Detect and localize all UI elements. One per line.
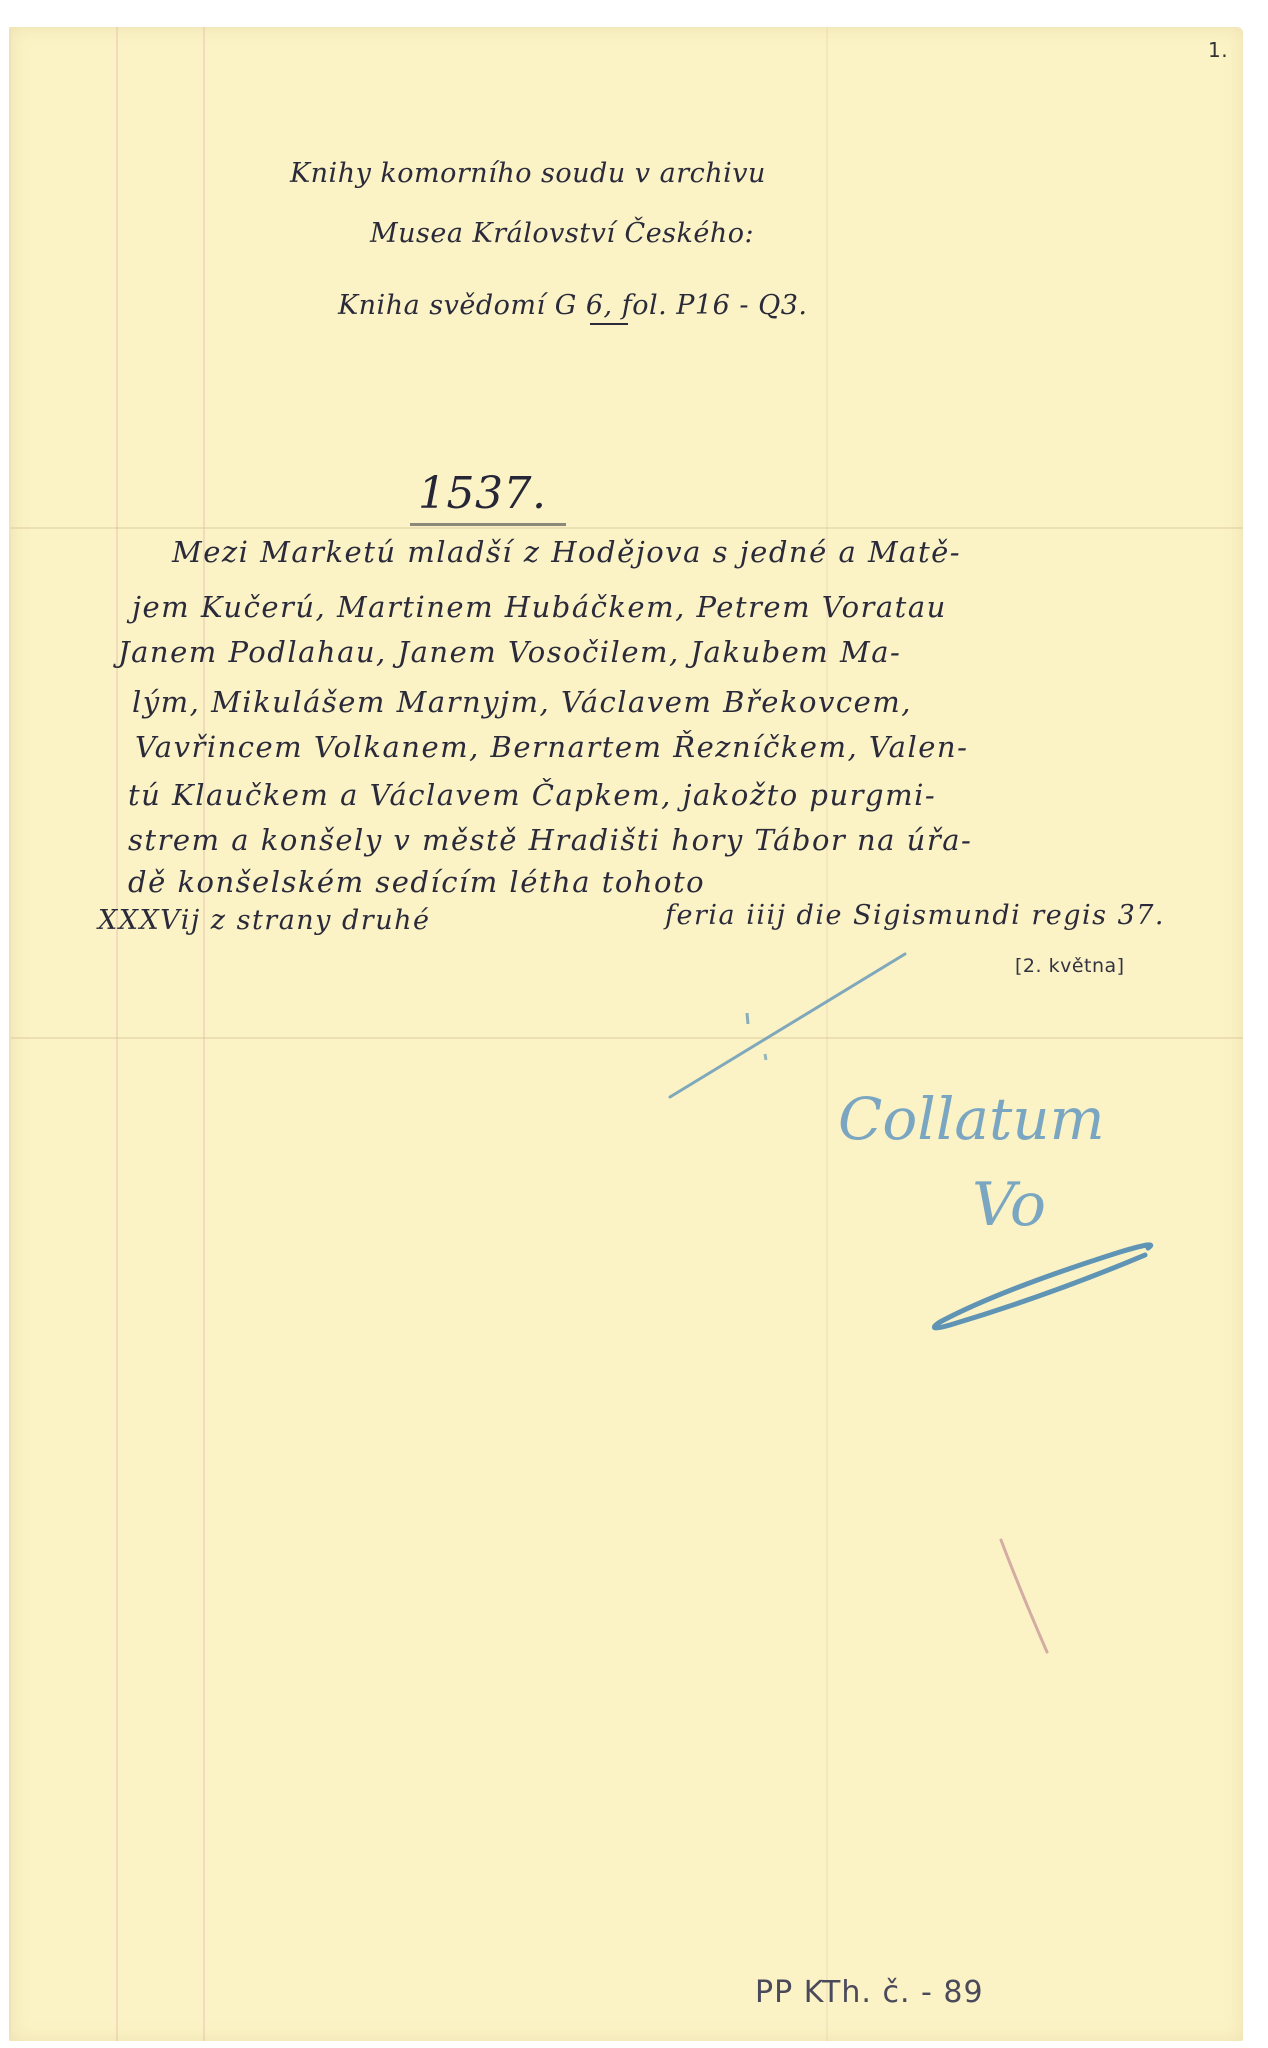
body-line: jem Kučerú, Martinem Hubáčkem, Petrem Vo… [132,590,947,624]
paper-fold [11,1037,1243,1039]
paper-rule-line [116,27,118,2041]
year-heading: 1537. [410,468,566,526]
body-line: Janem Podlahau, Janem Vosočilem, Jakubem… [118,635,901,669]
header-line-2: Musea Království Českého: [370,218,754,249]
header-line-1: Knihy komorního soudu v archivu [290,158,766,189]
collatum-annotation: Collatum [838,1085,1105,1153]
document-page [9,27,1243,2041]
margin-note: XXXVij z strany druhé [98,905,430,936]
body-line: Vavřincem Volkanem, Bernartem Řezníčkem,… [135,730,968,764]
body-line: lým, Mikulášem Marnyjm, Václavem Břekovc… [132,685,912,719]
body-line: dě konšelském sedícím létha tohoto [128,865,705,899]
date-note: [2. května] [1015,955,1125,977]
header-line-3: Kniha svědomí G 6, fol. P16 - Q3. [338,290,807,321]
paper-rule-line [826,27,828,2041]
body-line: strem a konšely v městě Hradišti hory Tá… [128,823,972,857]
paper-fold [11,527,1243,529]
page-number: 1. [1208,38,1228,62]
paper-rule-line [203,27,205,2041]
date-line: feria iiij die Sigismundi regis 37. [665,900,1165,931]
body-line: tú Klaučkem a Václavem Čapkem, jakožto p… [128,778,936,812]
shelf-mark: PP KTh. č. - 89 [755,1975,984,2010]
initials-annotation: Vo [972,1170,1046,1240]
body-line: Mezi Marketú mladší z Hodějova s jedné a… [172,535,961,569]
